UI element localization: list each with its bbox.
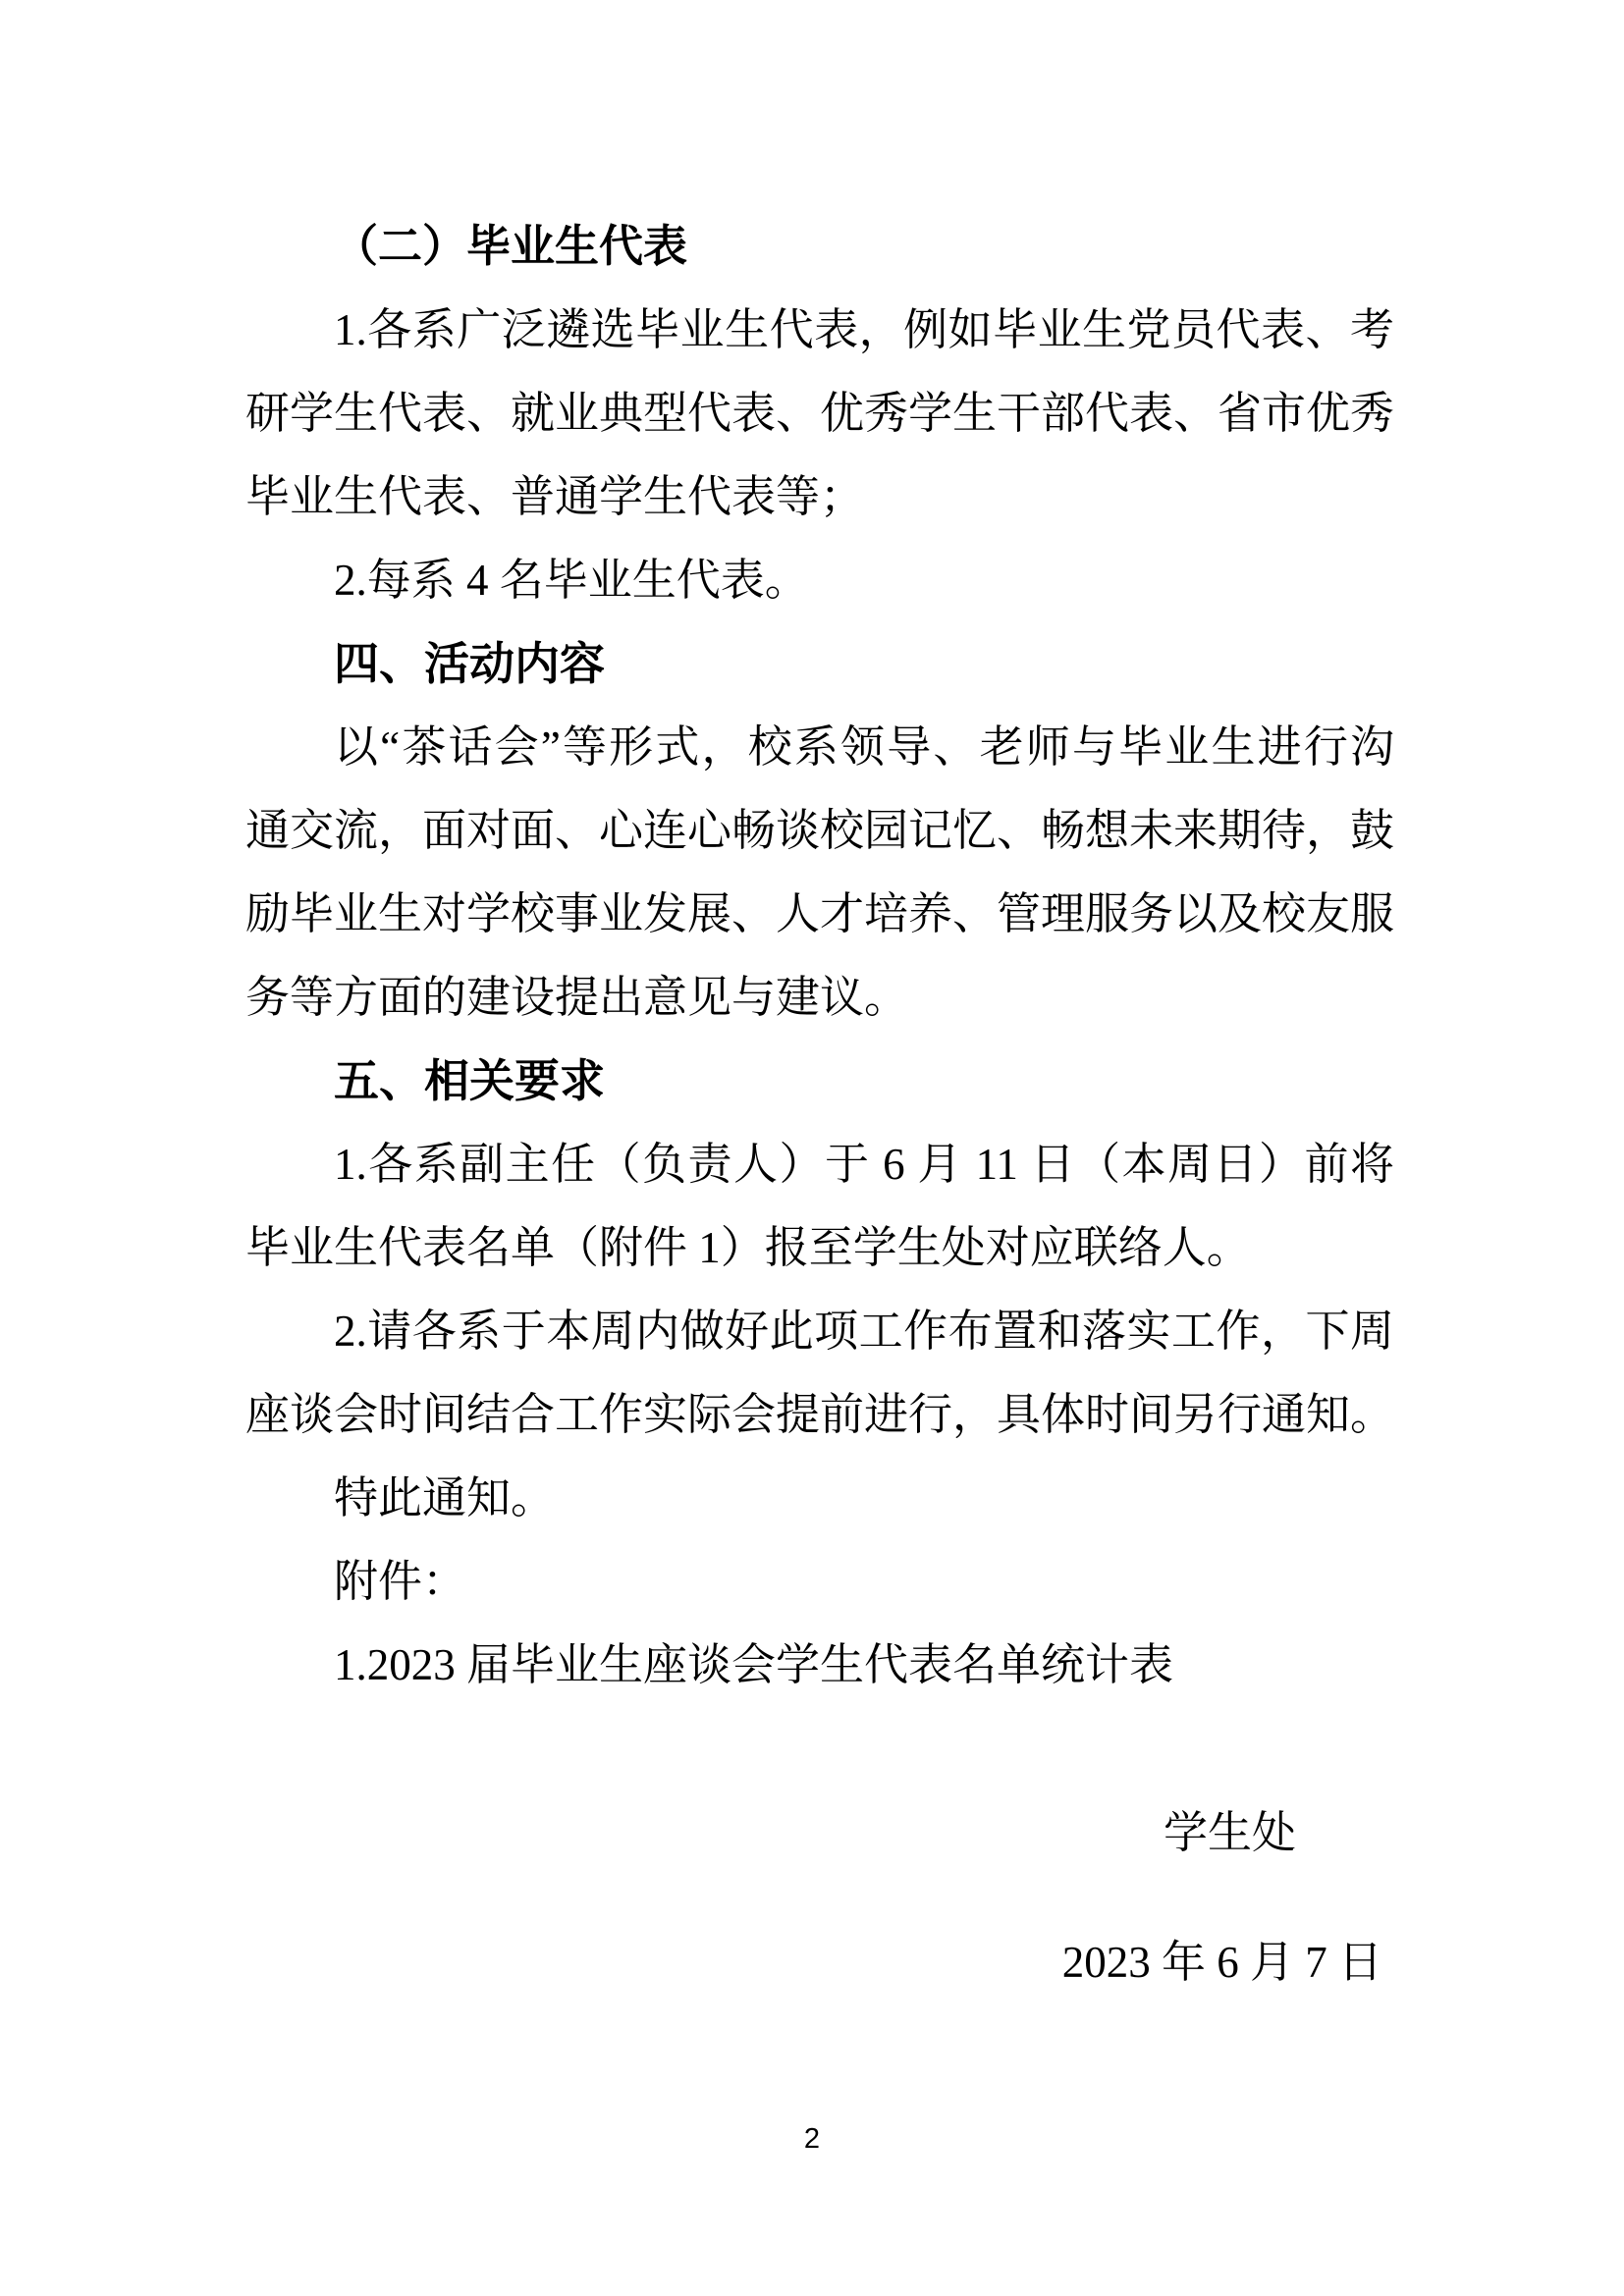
body-text-line: 毕业生代表、普通学生代表等； bbox=[245, 455, 1394, 539]
signature-date: 2023 年 6 月 7 日 bbox=[245, 1921, 1394, 2004]
subsection-heading-graduate-representatives: （二）毕业生代表 bbox=[245, 205, 1394, 289]
document-body: （二）毕业生代表 1.各系广泛遴选毕业生代表，例如毕业生党员代表、考 研学生代表… bbox=[245, 205, 1394, 2004]
body-text-line: 座谈会时间结合工作实际会提前进行，具体时间另行通知。 bbox=[245, 1373, 1394, 1457]
body-text-line-notice: 特此通知。 bbox=[245, 1457, 1394, 1540]
body-text-line: 1.各系广泛遴选毕业生代表，例如毕业生党员代表、考 bbox=[245, 289, 1394, 372]
body-text-line: 2.每系 4 名毕业生代表。 bbox=[245, 539, 1394, 622]
body-text-line: 励毕业生对学校事业发展、人才培养、管理服务以及校友服 bbox=[245, 873, 1394, 956]
signature-block: 学生处 2023 年 6 月 7 日 bbox=[245, 1791, 1394, 2004]
body-text-line: 毕业生代表名单（附件 1）报至学生处对应联络人。 bbox=[245, 1206, 1394, 1290]
body-text-line: 通交流，面对面、心连心畅谈校园记忆、畅想未来期待，鼓 bbox=[245, 789, 1394, 873]
page-number: 2 bbox=[0, 2123, 1624, 2155]
body-text-line-attachment-item: 1.2023 届毕业生座谈会学生代表名单统计表 bbox=[245, 1624, 1394, 1707]
section-heading-related-requirements: 五、相关要求 bbox=[245, 1040, 1394, 1123]
body-text-line-attachment-label: 附件： bbox=[245, 1540, 1394, 1624]
section-heading-activity-content: 四、活动内容 bbox=[245, 622, 1394, 706]
body-text-line: 2.请各系于本周内做好此项工作布置和落实工作，下周 bbox=[245, 1290, 1394, 1373]
document-page: （二）毕业生代表 1.各系广泛遴选毕业生代表，例如毕业生党员代表、考 研学生代表… bbox=[0, 0, 1624, 2296]
signature-department: 学生处 bbox=[245, 1791, 1394, 1875]
body-text-line: 以“茶话会”等形式，校系领导、老师与毕业生进行沟 bbox=[245, 706, 1394, 789]
body-text-line: 务等方面的建设提出意见与建议。 bbox=[245, 956, 1394, 1040]
body-text-line: 1.各系副主任（负责人）于 6 月 11 日（本周日）前将 bbox=[245, 1123, 1394, 1206]
body-text-line: 研学生代表、就业典型代表、优秀学生干部代表、省市优秀 bbox=[245, 372, 1394, 455]
